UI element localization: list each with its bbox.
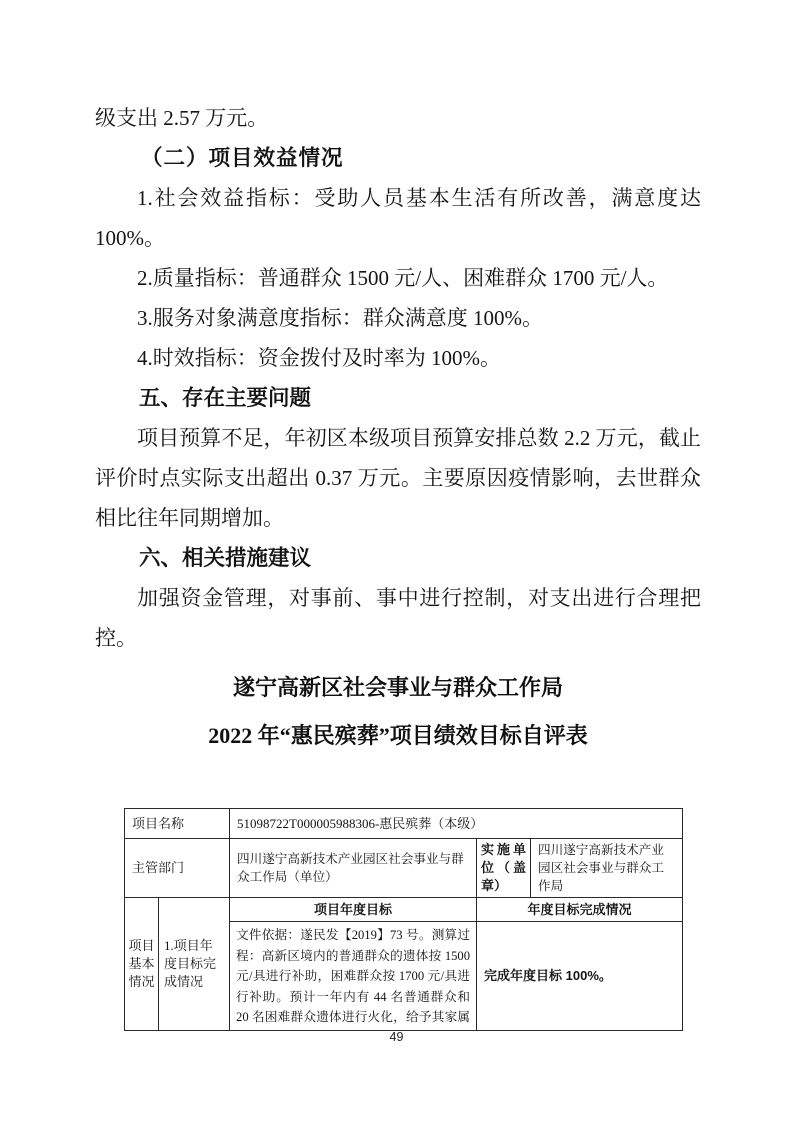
annual-goal-text: 文件依据：遂民发【2019】73 号。测算过程：高新区境内的普通群众的遗体按 1… (236, 925, 470, 1027)
body-paragraph: 1.社会效益指标：受助人员基本生活有所改善，满意度达 100%。 (95, 178, 701, 258)
section-heading-problems: 五、存在主要问题 (95, 378, 701, 418)
body-paragraph: 4.时效指标：资金拨付及时率为 100%。 (95, 338, 701, 378)
annual-goal-text-cell: 文件依据：遂民发【2019】73 号。测算过程：高新区境内的普通群众的遗体按 1… (230, 922, 477, 1031)
basic-info-label: 项目基本情况 (125, 898, 159, 1031)
body-paragraph: 3.服务对象满意度指标：群众满意度 100%。 (95, 298, 701, 338)
annual-goal-completion-label: 1.项目年度目标完成情况 (159, 898, 230, 1031)
dept-value: 四川遂宁高新技术产业园区社会事业与群众工作局（单位） (230, 839, 477, 898)
section-heading-benefit: （二）项目效益情况 (95, 138, 701, 178)
document-page: 级支出 2.57 万元。 （二）项目效益情况 1.社会效益指标：受助人员基本生活… (0, 0, 793, 1122)
document-body: 级支出 2.57 万元。 （二）项目效益情况 1.社会效益指标：受助人员基本生活… (95, 98, 701, 752)
body-paragraph: 项目预算不足，年初区本级项目预算安排总数 2.2 万元，截止评价时点实际支出超出… (95, 418, 701, 538)
table-titles: 遂宁高新区社会事业与群众工作局 2022 年“惠民殡葬”项目绩效目标自评表 (95, 672, 701, 752)
page-number: 49 (0, 1030, 793, 1044)
project-name-label: 项目名称 (125, 809, 230, 839)
table-row-project-name: 项目名称 51098722T000005988306-惠民殡葬（本级） (125, 809, 683, 839)
impl-unit-value: 四川遂宁高新技术产业园区社会事业与群众工作局 (531, 839, 683, 898)
annual-goal-header: 项目年度目标 (230, 898, 477, 922)
body-paragraph: 加强资金管理，对事前、事中进行控制，对支出进行合理把控。 (95, 578, 701, 658)
project-name-value: 51098722T000005988306-惠民殡葬（本级） (230, 809, 683, 839)
section-heading-suggestions: 六、相关措施建议 (95, 538, 701, 578)
performance-evaluation-table: 项目名称 51098722T000005988306-惠民殡葬（本级） 主管部门… (124, 808, 683, 1031)
table-row-goal-headers: 项目基本情况 1.项目年度目标完成情况 项目年度目标 年度目标完成情况 (125, 898, 683, 922)
completion-text: 完成年度目标 100%。 (477, 922, 683, 1031)
body-paragraph: 2.质量指标：普通群众 1500 元/人、困难群众 1700 元/人。 (95, 258, 701, 298)
impl-unit-label: 实施单位（盖章） (477, 839, 531, 898)
table-row-departments: 主管部门 四川遂宁高新技术产业园区社会事业与群众工作局（单位） 实施单位（盖章）… (125, 839, 683, 898)
self-evaluation-table-title: 2022 年“惠民殡葬”项目绩效目标自评表 (95, 720, 701, 752)
organization-title: 遂宁高新区社会事业与群众工作局 (95, 672, 701, 704)
dept-label: 主管部门 (125, 839, 230, 898)
completion-header: 年度目标完成情况 (477, 898, 683, 922)
body-paragraph: 级支出 2.57 万元。 (95, 98, 701, 138)
